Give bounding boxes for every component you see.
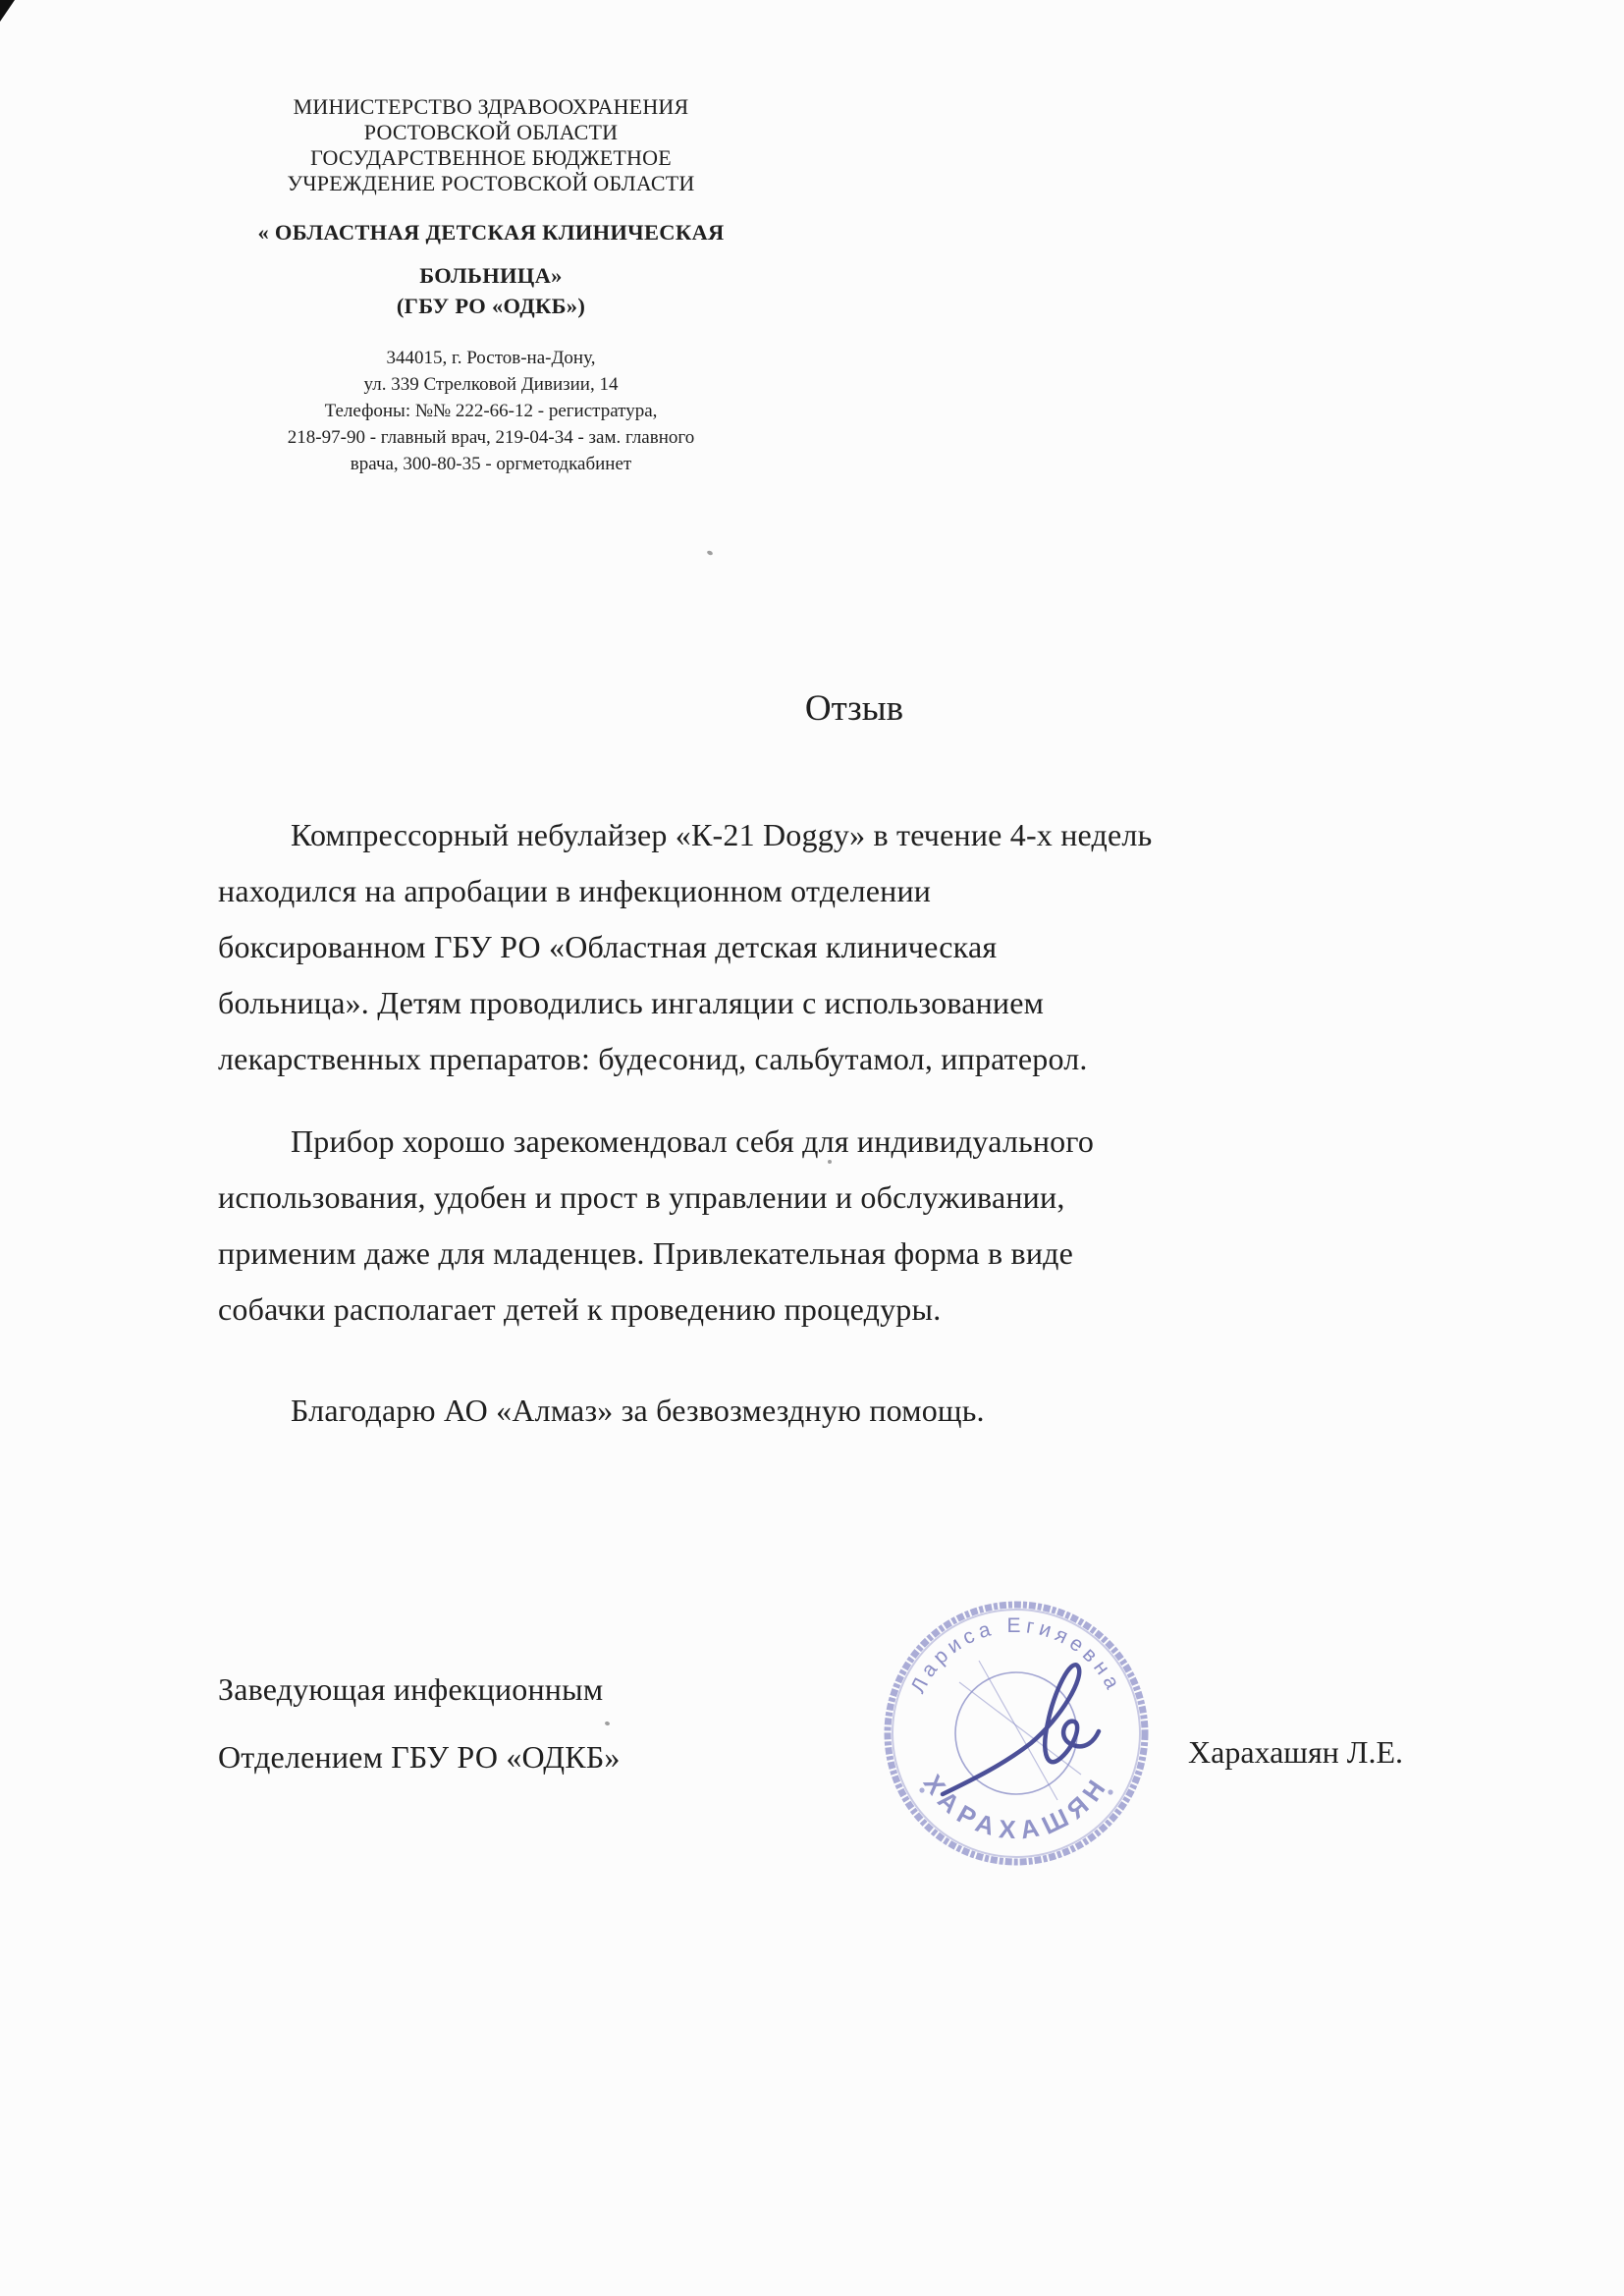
contact-line: Телефоны: №№ 222-66-12 - регистратура, xyxy=(187,398,795,424)
body-line: использования, удобен и прост в управлен… xyxy=(218,1170,1504,1226)
body-paragraph-1: Компрессорный небулайзер «К-21 Doggy» в … xyxy=(218,807,1504,1087)
body-line: применим даже для младенцев. Привлекател… xyxy=(218,1226,1504,1282)
scanned-letter-page: МИНИСТЕРСТВО ЗДРАВООХРАНЕНИЯ РОСТОВСКОЙ … xyxy=(0,0,1624,2296)
body-line: собачки располагает детей к проведению п… xyxy=(218,1282,1504,1338)
body-line: больница». Детям проводились ингаляции с… xyxy=(218,975,1504,1031)
ministry-line: ГОСУДАРСТВЕННОЕ БЮДЖЕТНОЕ xyxy=(187,145,795,171)
body-paragraph-3: Благодарю АО «Алмаз» за безвозмездную по… xyxy=(218,1383,1504,1439)
letterhead-ministry: МИНИСТЕРСТВО ЗДРАВООХРАНЕНИЯ РОСТОВСКОЙ … xyxy=(187,94,795,196)
stamp-bottom-text: ХАРАХАШЯН xyxy=(918,1769,1115,1844)
round-stamp: Лариса Егияевна ХАРАХАШЯН xyxy=(849,1566,1183,1900)
contact-line: врача, 300-80-35 - оргметодкабинет xyxy=(187,451,795,477)
signatory-name: Харахашян Л.Е. xyxy=(1188,1734,1403,1771)
org-name-line: « ОБЛАСТНАЯ ДЕТСКАЯ КЛИНИЧЕСКАЯ xyxy=(187,217,795,247)
ministry-line: УЧРЕЖДЕНИЕ РОСТОВСКОЙ ОБЛАСТИ xyxy=(187,171,795,196)
scan-corner-artifact xyxy=(0,0,15,22)
body-line: лекарственных препаратов: будесонид, сал… xyxy=(218,1031,1504,1087)
body-line: Прибор хорошо зарекомендовал себя для ин… xyxy=(218,1114,1504,1170)
body-line: боксированном ГБУ РО «Областная детская … xyxy=(218,919,1504,975)
org-name-line: БОЛЬНИЦА» xyxy=(187,260,795,291)
ministry-line: РОСТОВСКОЙ ОБЛАСТИ xyxy=(187,120,795,145)
signatory-role: Заведующая инфекционным Отделением ГБУ Р… xyxy=(218,1656,621,1791)
body-paragraph-2: Прибор хорошо зарекомендовал себя для ин… xyxy=(218,1114,1504,1338)
org-name-line: (ГБУ РО «ОДКБ») xyxy=(187,291,795,321)
body-line: Благодарю АО «Алмаз» за безвозмездную по… xyxy=(218,1383,1504,1439)
contact-line: 344015, г. Ростов-на-Дону, xyxy=(187,345,795,371)
letterhead-contact: 344015, г. Ростов-на-Дону, ул. 339 Стрел… xyxy=(187,345,795,477)
letterhead-org-name: « ОБЛАСТНАЯ ДЕТСКАЯ КЛИНИЧЕСКАЯ БОЛЬНИЦА… xyxy=(187,217,795,321)
ministry-line: МИНИСТЕРСТВО ЗДРАВООХРАНЕНИЯ xyxy=(187,94,795,120)
body-line: находился на апробации в инфекционном от… xyxy=(218,863,1504,919)
document-title: Отзыв xyxy=(218,687,1490,730)
contact-line: ул. 339 Стрелковой Дивизии, 14 xyxy=(187,371,795,398)
body-line: Компрессорный небулайзер «К-21 Doggy» в … xyxy=(218,807,1504,863)
contact-line: 218-97-90 - главный врач, 219-04-34 - за… xyxy=(187,424,795,451)
signatory-role-line: Отделением ГБУ РО «ОДКБ» xyxy=(218,1723,621,1791)
handwritten-signature xyxy=(943,1665,1099,1794)
scan-speck xyxy=(706,550,713,556)
signatory-role-line: Заведующая инфекционным xyxy=(218,1656,621,1723)
